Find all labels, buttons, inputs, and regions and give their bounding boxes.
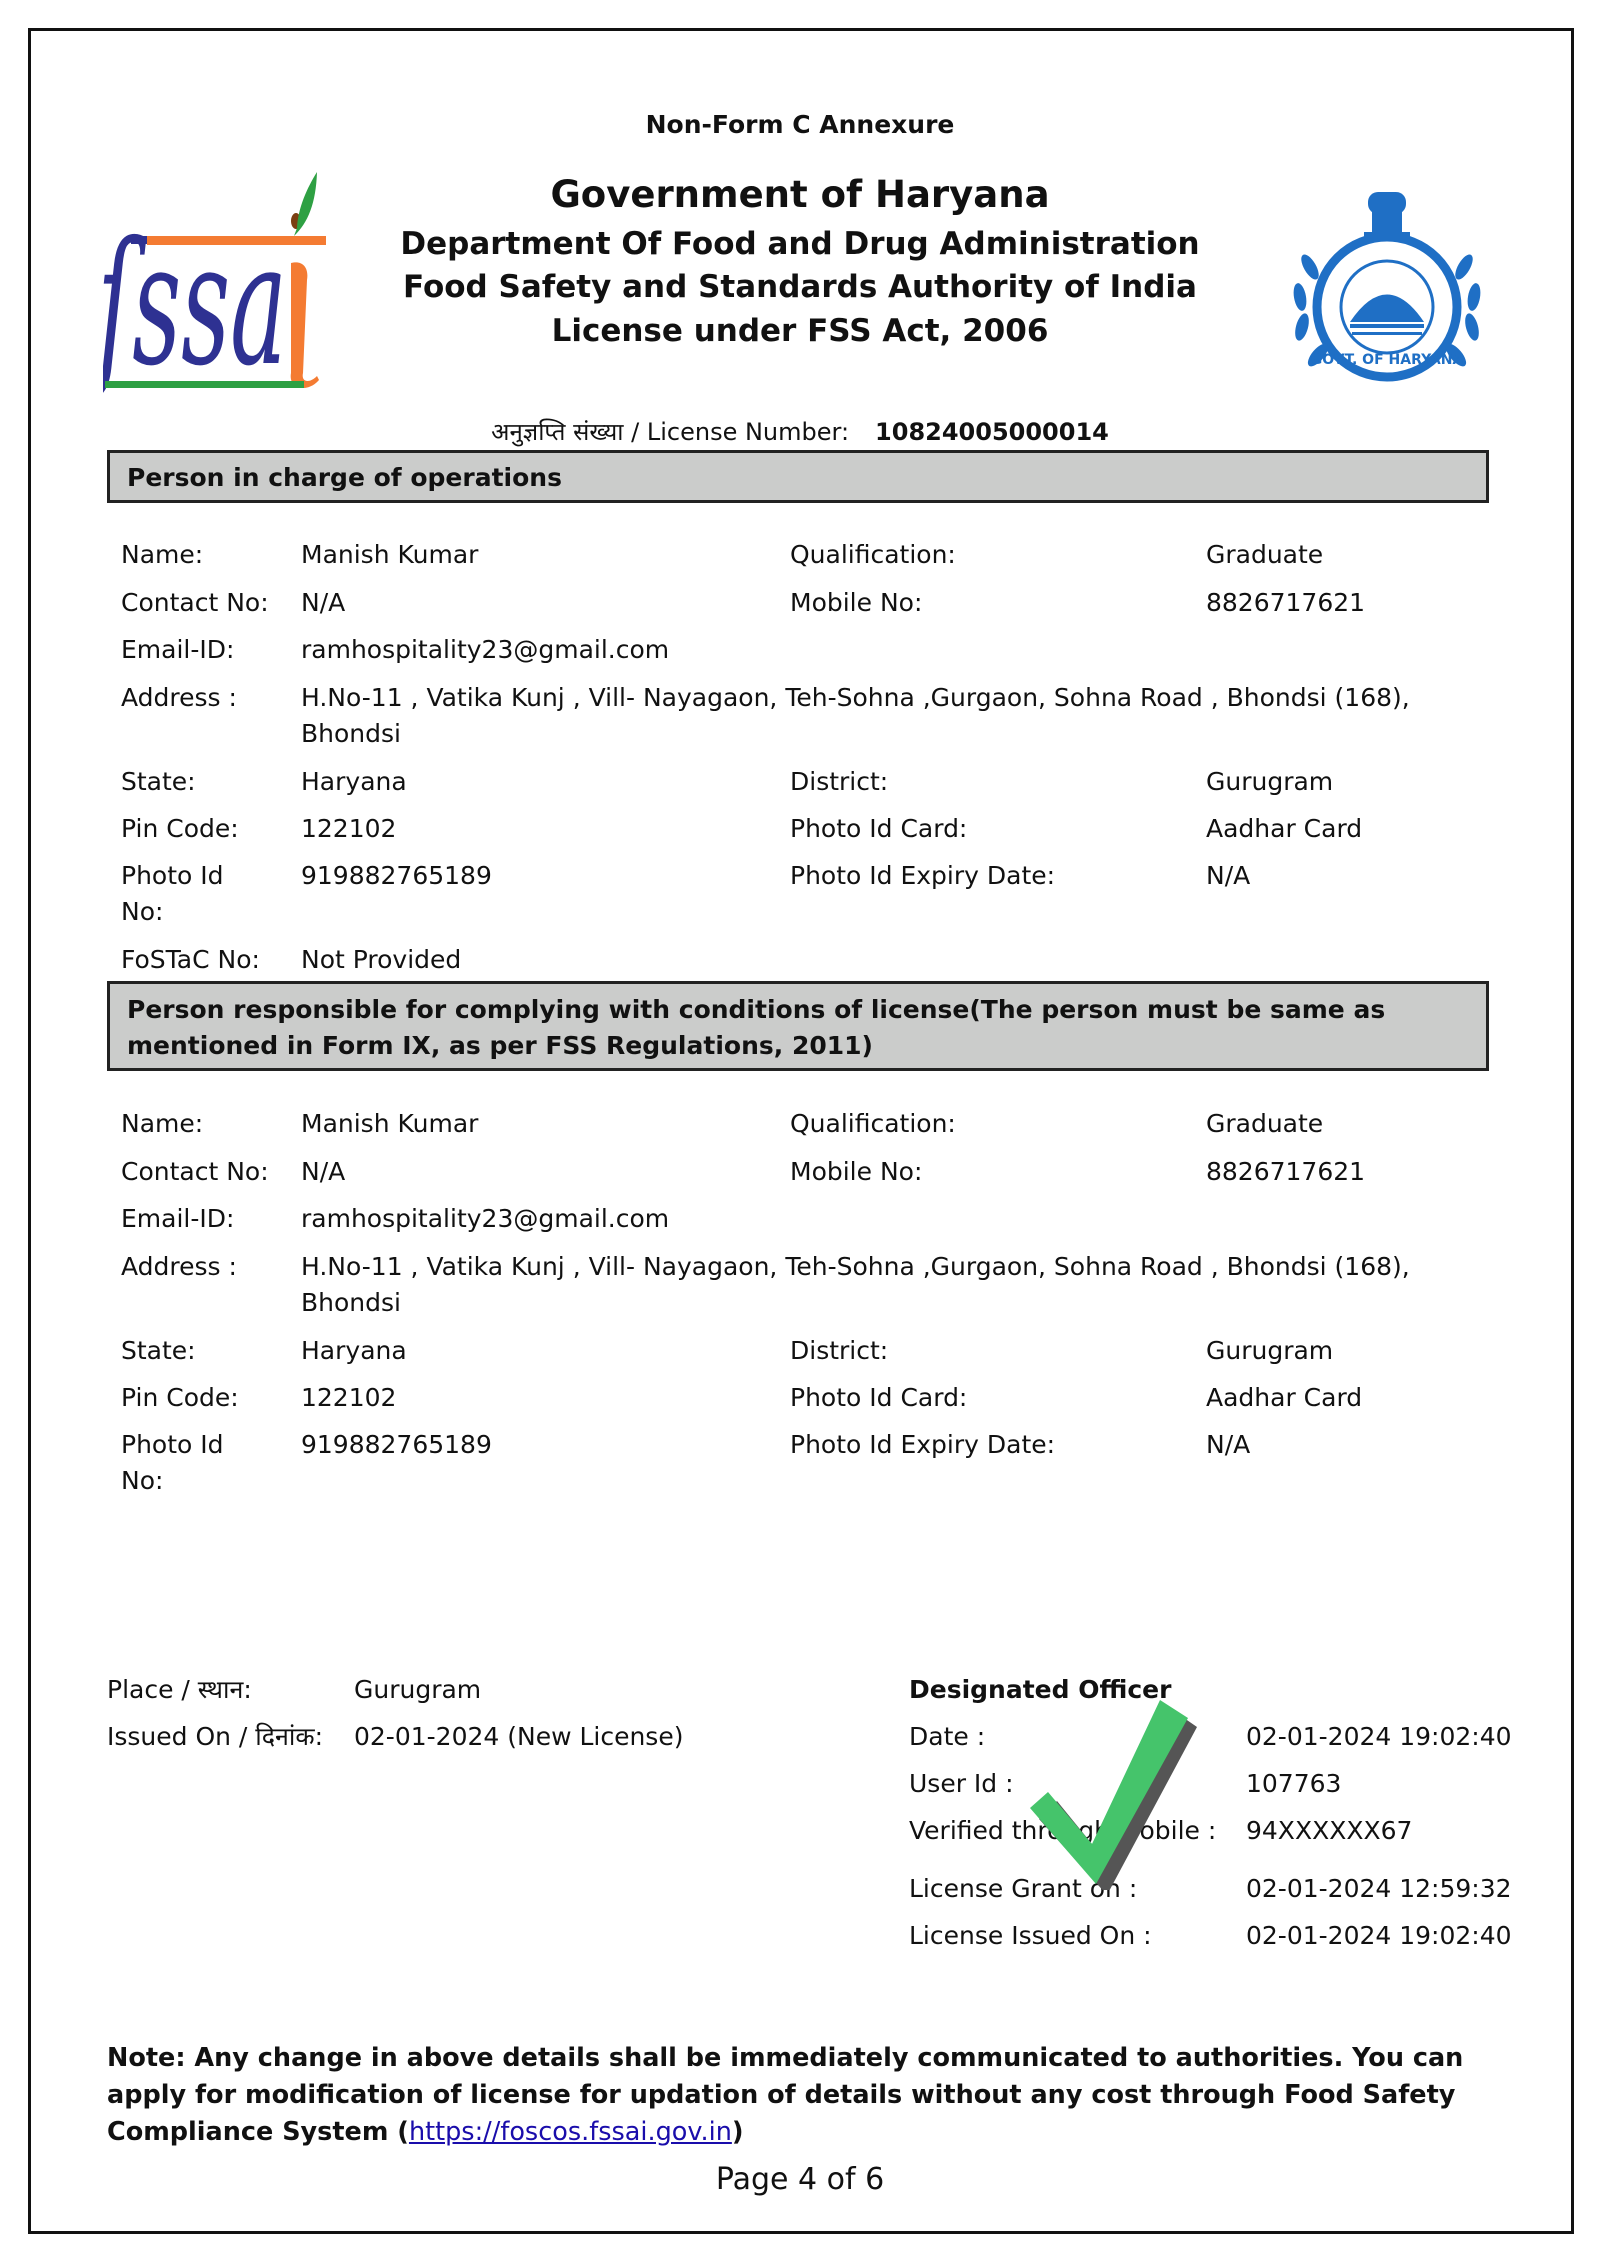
field-label: Address : <box>121 1249 237 1285</box>
field-label: Photo Id No: <box>121 1427 271 1499</box>
field-label: Name: <box>121 1106 203 1142</box>
foscos-link[interactable]: https://foscos.fssai.gov.in <box>409 2117 732 2147</box>
field-value-photo-id-card: Aadhar Card <box>1206 811 1362 847</box>
license-number-line: अनुज्ञप्ति संख्या / License Number:10824… <box>0 415 1600 448</box>
section-header-responsible-person: Person responsible for complying with co… <box>107 981 1489 1071</box>
act-title: License under FSS Act, 2006 <box>0 313 1600 349</box>
field-label: Address : <box>121 680 237 716</box>
page-number: Page 4 of 6 <box>0 2162 1600 2197</box>
field-label: FoSTaC No: <box>121 942 260 978</box>
officer-user-id-label: User Id : <box>909 1766 1014 1802</box>
verified-checkmark-icon <box>1030 1700 1210 1890</box>
field-value-email: ramhospitality23@gmail.com <box>301 632 669 668</box>
field-value-state: Haryana <box>301 764 407 800</box>
field-value-photo-id-card: Aadhar Card <box>1206 1380 1362 1416</box>
footer-note: Note: Any change in above details shall … <box>107 2040 1497 2151</box>
department-title: Department Of Food and Drug Administrati… <box>0 226 1600 262</box>
government-title: Government of Haryana <box>0 173 1600 216</box>
field-label: Name: <box>121 537 203 573</box>
officer-user-id-value: 107763 <box>1246 1766 1341 1802</box>
field-value-email: ramhospitality23@gmail.com <box>301 1201 669 1237</box>
field-label: Qualification: <box>790 1106 956 1142</box>
officer-date-label: Date : <box>909 1719 985 1755</box>
license-number-value: 10824005000014 <box>875 418 1109 446</box>
field-label: Photo Id Expiry Date: <box>790 1427 1055 1463</box>
field-label: State: <box>121 1333 196 1369</box>
field-value-mobile: 8826717621 <box>1206 585 1365 621</box>
field-value-photo-id-no: 919882765189 <box>301 1427 492 1463</box>
field-value-state: Haryana <box>301 1333 407 1369</box>
field-value-contact: N/A <box>301 1154 345 1190</box>
field-value-qualification: Graduate <box>1206 537 1323 573</box>
license-number-label: अनुज्ञप्ति संख्या / License Number: <box>491 418 849 446</box>
license-issued-value: 02-01-2024 19:02:40 <box>1246 1918 1512 1954</box>
field-label: Email-ID: <box>121 1201 234 1237</box>
authority-title: Food Safety and Standards Authority of I… <box>0 269 1600 305</box>
field-label: Mobile No: <box>790 1154 922 1190</box>
field-value-name: Manish Kumar <box>301 1106 478 1142</box>
field-label: Photo Id Card: <box>790 1380 967 1416</box>
license-grant-value: 02-01-2024 12:59:32 <box>1246 1871 1512 1907</box>
field-value-qualification: Graduate <box>1206 1106 1323 1142</box>
field-label: Photo Id Card: <box>790 811 967 847</box>
license-issued-label: License Issued On : <box>909 1918 1152 1954</box>
place-value: Gurugram <box>354 1672 481 1708</box>
svg-text:GOVT. OF HARYANA: GOVT. OF HARYANA <box>1311 352 1464 368</box>
field-value-pin: 122102 <box>301 811 396 847</box>
field-value-photo-id-no: 919882765189 <box>301 858 492 894</box>
field-label: Contact No: <box>121 1154 269 1190</box>
place-label: Place / स्थान: <box>107 1672 252 1708</box>
field-label: Photo Id No: <box>121 858 271 930</box>
field-label: Contact No: <box>121 585 269 621</box>
field-label: State: <box>121 764 196 800</box>
issued-on-label: Issued On / दिनांक: <box>107 1719 323 1755</box>
field-value-photo-id-expiry: N/A <box>1206 858 1250 894</box>
field-value-contact: N/A <box>301 585 345 621</box>
field-label: Photo Id Expiry Date: <box>790 858 1055 894</box>
field-label: District: <box>790 764 888 800</box>
field-label: Mobile No: <box>790 585 922 621</box>
note-after: ) <box>732 2117 744 2147</box>
issued-on-value: 02-01-2024 (New License) <box>354 1719 683 1755</box>
note-text: Note: Any change in above details shall … <box>107 2043 1463 2147</box>
officer-date-value: 02-01-2024 19:02:40 <box>1246 1719 1512 1755</box>
field-value-photo-id-expiry: N/A <box>1206 1427 1250 1463</box>
field-label: Pin Code: <box>121 1380 239 1416</box>
annexure-title: Non-Form C Annexure <box>0 110 1600 139</box>
field-label: District: <box>790 1333 888 1369</box>
field-value-name: Manish Kumar <box>301 537 478 573</box>
field-value-address: H.No-11 , Vatika Kunj , Vill- Nayagaon, … <box>301 680 1441 752</box>
field-value-fostac: Not Provided <box>301 942 461 978</box>
field-value-district: Gurugram <box>1206 764 1333 800</box>
field-label: Email-ID: <box>121 632 234 668</box>
field-label: Qualification: <box>790 537 956 573</box>
verified-mobile-value: 94XXXXXX67 <box>1246 1813 1412 1849</box>
field-label: Pin Code: <box>121 811 239 847</box>
field-value-district: Gurugram <box>1206 1333 1333 1369</box>
field-value-mobile: 8826717621 <box>1206 1154 1365 1190</box>
section-header-operations: Person in charge of operations <box>107 450 1489 503</box>
field-value-address: H.No-11 , Vatika Kunj , Vill- Nayagaon, … <box>301 1249 1441 1321</box>
field-value-pin: 122102 <box>301 1380 396 1416</box>
